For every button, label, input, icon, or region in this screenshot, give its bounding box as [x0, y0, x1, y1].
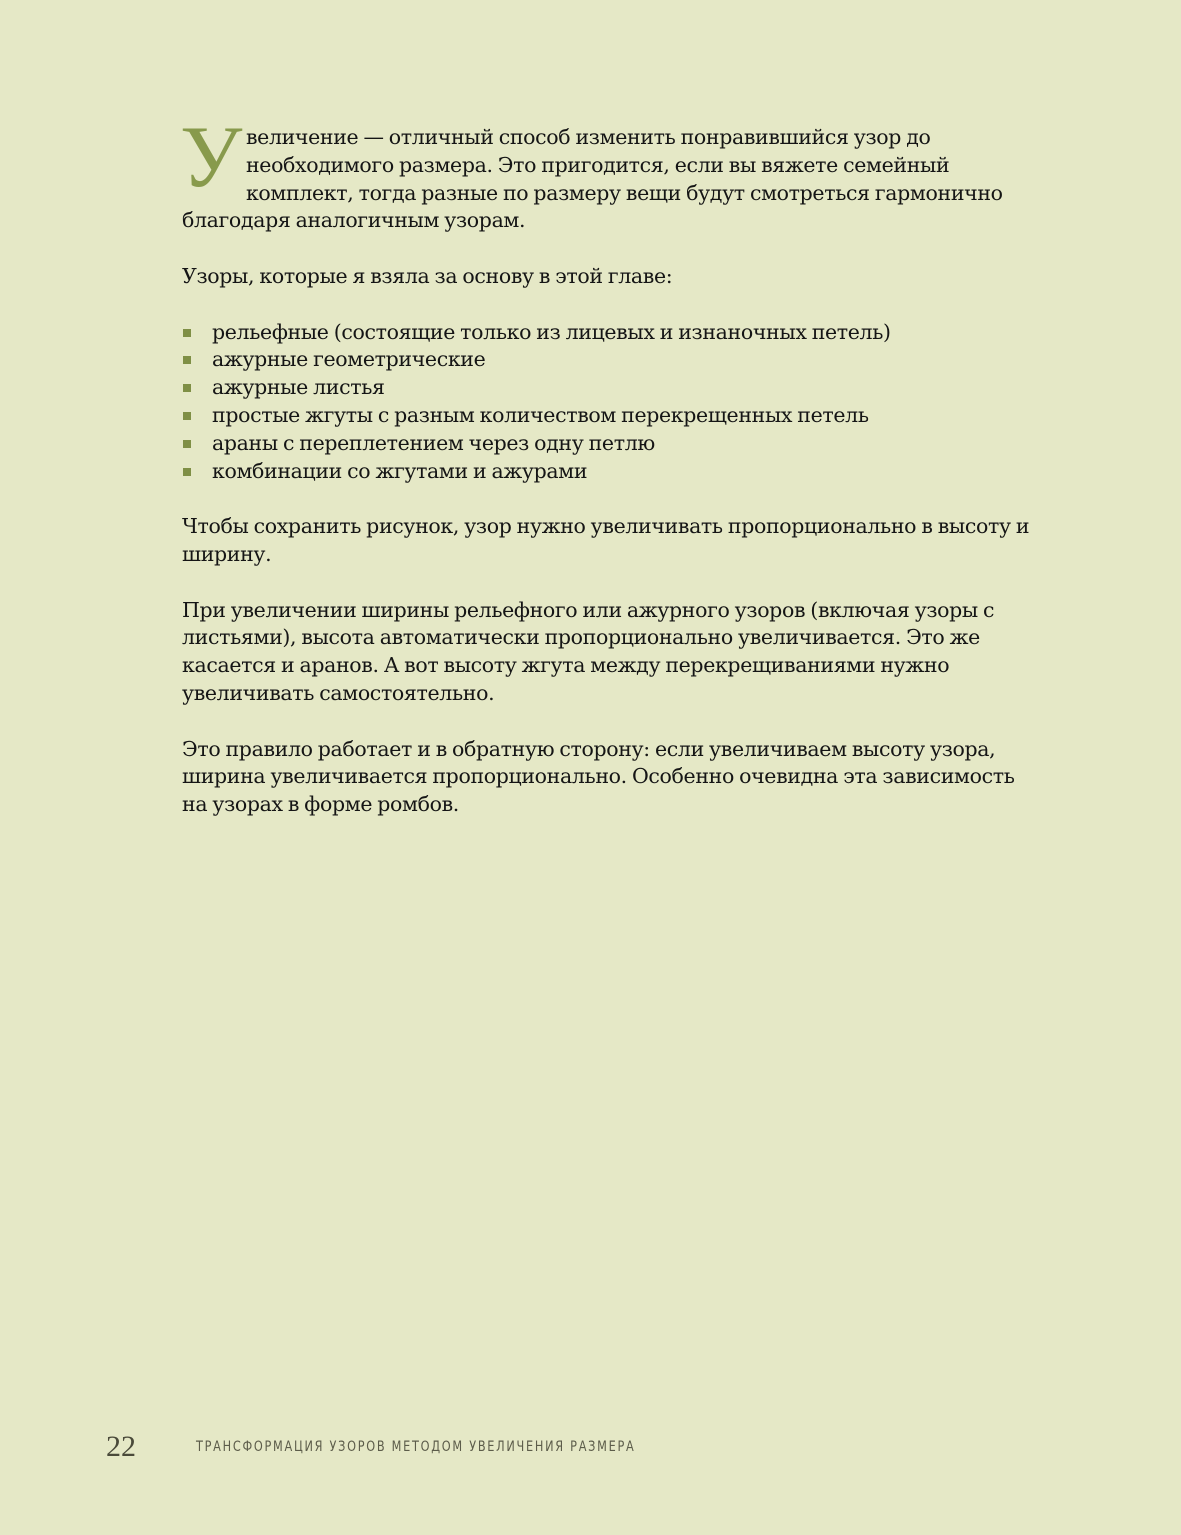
- paragraph-width-increase: При увеличении ширины рельефного или ажу…: [182, 597, 1042, 708]
- running-title: ТРАНСФОРМАЦИЯ УЗОРОВ МЕТОДОМ УВЕЛИЧЕНИЯ …: [196, 1439, 635, 1455]
- square-bullet-icon: [183, 440, 191, 448]
- list-item: рельефные (состоящие только из лицевых и…: [182, 319, 1042, 347]
- page-footer: 22 ТРАНСФОРМАЦИЯ УЗОРОВ МЕТОДОМ УВЕЛИЧЕН…: [106, 1427, 806, 1467]
- drop-cap: У: [180, 128, 242, 186]
- list-item: ажурные листья: [182, 374, 1042, 402]
- page-body: Увеличение — отличный способ изменить по…: [182, 124, 1042, 847]
- intro-text: величение — отличный способ изменить пон…: [182, 125, 1003, 232]
- list-item: простые жгуты с разным количеством перек…: [182, 402, 1042, 430]
- page-number: 22: [106, 1430, 196, 1464]
- list-intro: Узоры, которые я взяла за основу в этой …: [182, 263, 1042, 291]
- list-item: араны с переплетением через одну петлю: [182, 430, 1042, 458]
- list-item: ажурные геометрические: [182, 346, 1042, 374]
- square-bullet-icon: [183, 412, 191, 420]
- pattern-list: рельефные (состоящие только из лицевых и…: [182, 319, 1042, 486]
- square-bullet-icon: [183, 384, 191, 392]
- intro-paragraph: Увеличение — отличный способ изменить по…: [182, 124, 1042, 235]
- paragraph-proportions: Чтобы сохранить рисунок, узор нужно увел…: [182, 513, 1042, 569]
- square-bullet-icon: [183, 356, 191, 364]
- paragraph-reverse-rule: Это правило работает и в обратную сторон…: [182, 736, 1042, 819]
- square-bullet-icon: [183, 329, 191, 337]
- list-item: комбинации со жгутами и ажурами: [182, 458, 1042, 486]
- square-bullet-icon: [183, 468, 191, 476]
